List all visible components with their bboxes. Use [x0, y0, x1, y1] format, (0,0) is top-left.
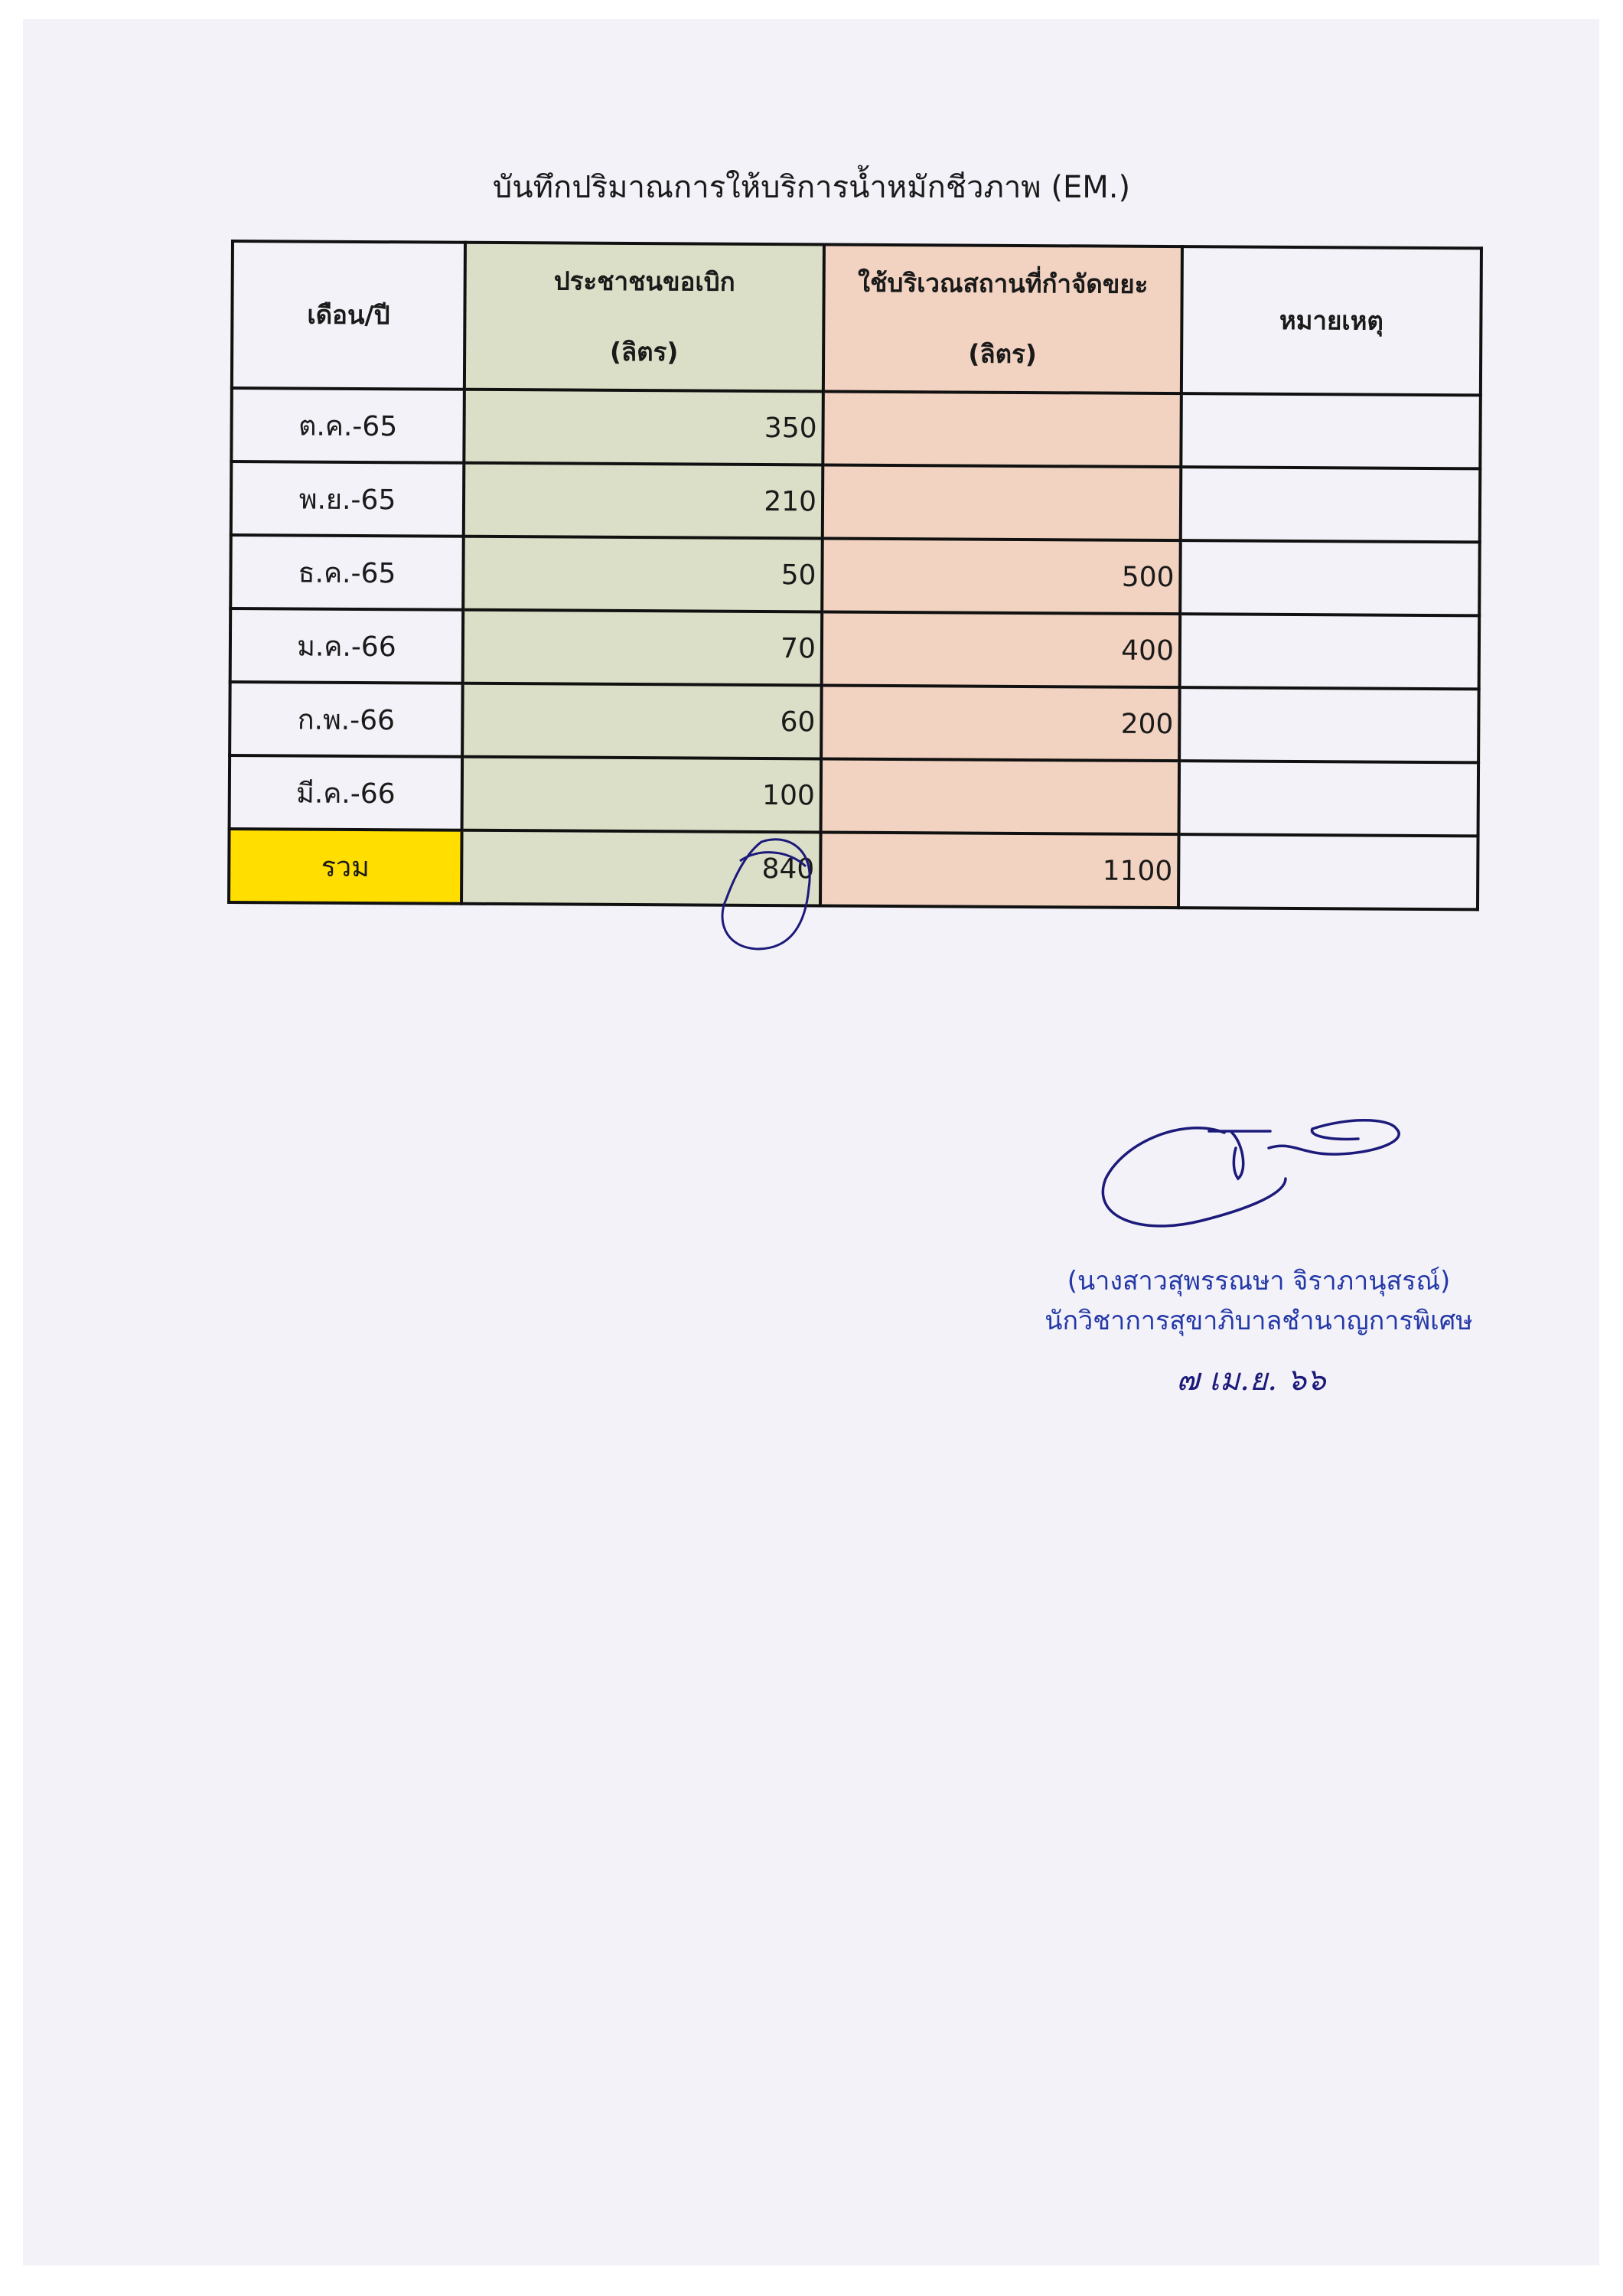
header-month: เดือน/ปี — [232, 241, 465, 390]
table-row: มี.ค.-66 100 — [230, 755, 1479, 836]
header-requested-unit: (ลิตร) — [471, 316, 818, 389]
total-label: รวม — [229, 829, 462, 904]
signer-block: (นางสาวสุพรรณษา จิราภานุสรณ์) นักวิชาการ… — [995, 1261, 1523, 1341]
cell-requested: 100 — [462, 757, 822, 833]
table-row: ธ.ค.-65 50 500 — [230, 535, 1480, 615]
cell-requested: 60 — [462, 683, 822, 759]
header-site-use-unit: (ลิตร) — [829, 318, 1176, 391]
cell-remarks — [1180, 540, 1480, 615]
table-row: ก.พ.-66 60 200 — [230, 682, 1479, 762]
cell-remarks — [1179, 761, 1479, 836]
cell-requested: 350 — [464, 390, 823, 465]
cell-requested: 70 — [463, 610, 823, 686]
total-requested: 840 — [461, 830, 821, 906]
table-row: พ.ย.-65 210 — [231, 461, 1481, 542]
signature-icon — [1094, 1094, 1400, 1232]
cell-month: พ.ย.-65 — [231, 461, 464, 536]
table-row: ม.ค.-66 70 400 — [230, 608, 1480, 689]
cell-requested: 50 — [463, 536, 823, 612]
cell-site-use — [823, 465, 1181, 540]
cell-site-use: 400 — [822, 612, 1181, 687]
cell-site-use — [821, 758, 1180, 834]
header-site-use: ใช้บริเวณสถานที่กำจัดขยะ (ลิตร) — [823, 244, 1182, 393]
cell-month: ก.พ.-66 — [230, 682, 463, 757]
document-title: บันทึกปริมาณการให้บริการน้ำหมักชีวภาพ (E… — [0, 162, 1623, 211]
cell-site-use: 200 — [821, 685, 1180, 761]
cell-month: ต.ค.-65 — [231, 388, 464, 463]
signer-position: นักวิชาการสุขาภิบาลชำนาญการพิเศษ — [995, 1301, 1523, 1341]
cell-month: ม.ค.-66 — [230, 608, 464, 683]
cell-month: ธ.ค.-65 — [230, 535, 464, 610]
cell-site-use: 500 — [822, 538, 1181, 614]
total-site-use: 1100 — [820, 832, 1179, 908]
cell-month: มี.ค.-66 — [230, 755, 463, 830]
signer-name: (นางสาวสุพรรณษา จิราภานุสรณ์) — [995, 1261, 1523, 1301]
cell-requested: 210 — [464, 463, 823, 539]
header-site-use-label: ใช้บริเวณสถานที่กำจัดขยะ — [829, 248, 1176, 321]
handwritten-date: ๗ เม.ย. ๖๖ — [1163, 1355, 1339, 1408]
total-remarks — [1178, 834, 1478, 909]
cell-remarks — [1180, 614, 1480, 689]
header-requested: ประชาชนขอเบิก (ลิตร) — [464, 243, 824, 392]
table-header-row: เดือน/ปี ประชาชนขอเบิก (ลิตร) ใช้บริเวณส… — [232, 241, 1481, 395]
cell-remarks — [1181, 393, 1481, 468]
em-service-table: เดือน/ปี ประชาชนขอเบิก (ลิตร) ใช้บริเวณส… — [227, 240, 1483, 911]
cell-remarks — [1179, 687, 1479, 762]
cell-remarks — [1181, 467, 1481, 542]
cell-site-use — [823, 391, 1181, 467]
total-row: รวม 840 1100 — [229, 829, 1478, 909]
header-remarks: หมายเหตุ — [1181, 246, 1481, 395]
table-row: ต.ค.-65 350 — [231, 388, 1481, 468]
header-requested-label: ประชาชนขอเบิก — [471, 246, 818, 318]
